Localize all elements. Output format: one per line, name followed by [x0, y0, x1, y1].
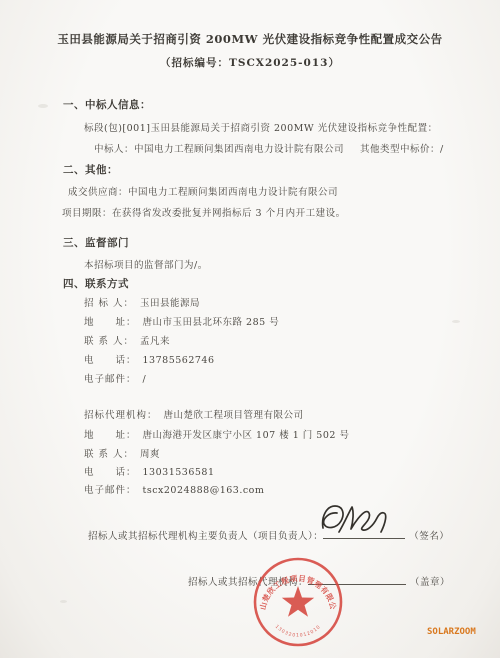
lot-line: 标段(包)[001]玉田县能源局关于招商引资 200MW 光伏建设指标竞争性配置…: [84, 120, 438, 134]
scan-smudge: [38, 104, 48, 108]
document-page: 玉田县能源局关于招商引资 200MW 光伏建设指标竞争性配置成交公告 （招标编号…: [0, 0, 500, 658]
scan-smudge: [452, 320, 460, 323]
tenderer-address-label: 地 址：: [84, 317, 137, 328]
tenderer-name-row: 招 标 人：玉田县能源局: [84, 295, 200, 309]
tenderer-email-value: /: [143, 374, 147, 385]
section-heading-contact: 四、联系方式: [63, 276, 129, 291]
stamp-star-icon: [282, 586, 314, 617]
tenderer-name-label: 招 标 人：: [84, 298, 134, 309]
winner-label: 中标人：: [94, 144, 134, 155]
duration-line: 项目期限：在获得省发改委批复并网指标后 3 个月内开工建设。: [62, 205, 346, 219]
stamp-number-text: 1303201012010: [274, 624, 323, 639]
section-heading-winner-info: 一、中标人信息：: [63, 97, 151, 112]
tenderer-phone-value: 13785562746: [143, 355, 215, 366]
solarzoom-watermark: SOLARZOOM: [427, 627, 476, 637]
tenderer-email-label: 电子邮件：: [84, 374, 137, 385]
tenderer-contact-label: 联 系 人：: [84, 336, 134, 347]
agent-address-row: 地 址：唐山海港开发区康宁小区 107 楼 1 门 502 号: [84, 427, 349, 441]
agent-phone-label: 电 话：: [84, 467, 137, 478]
other-type-price: 其他类型中标价：/: [360, 144, 444, 155]
signature-line1-suffix: （签名）: [409, 531, 449, 542]
tenderer-name-value: 玉田县能源局: [140, 298, 200, 309]
signature-underline: [323, 528, 405, 539]
agent-contact-value: 周爽: [140, 449, 160, 460]
agent-phone-row: 电 话：13031536581: [84, 464, 215, 478]
winner-value: 中国电力工程顾问集团西南电力设计院有限公司: [134, 144, 344, 155]
tenderer-phone-label: 电 话：: [84, 355, 137, 366]
agent-email-value: tscx2024888@163.com: [143, 485, 265, 496]
agent-phone-value: 13031536581: [143, 467, 215, 478]
svg-text:1303201012010: 1303201012010: [274, 624, 323, 639]
agent-name-value: 唐山楚欣工程项目管理有限公司: [164, 410, 304, 421]
agent-contact-row: 联 系 人：周爽: [84, 446, 160, 460]
page-title: 玉田县能源局关于招商引资 200MW 光伏建设指标竞争性配置成交公告: [0, 31, 500, 47]
tenderer-address-row: 地 址：唐山市玉田县北环东路 285 号: [84, 314, 279, 328]
agent-contact-label: 联 系 人：: [84, 449, 134, 460]
section-heading-supervision: 三、监督部门: [63, 235, 129, 250]
agent-email-row: 电子邮件：tscx2024888@163.com: [84, 482, 264, 496]
scan-smudge: [60, 600, 67, 603]
company-seal-stamp: 唐山楚欣工程项目管理有限公司 1303201012010: [252, 556, 344, 648]
tenderer-contact-row: 联 系 人：孟凡来: [84, 333, 170, 347]
agent-name-row: 招标代理机构：唐山楚欣工程项目管理有限公司: [84, 407, 304, 421]
section-heading-other: 二、其他：: [63, 162, 118, 177]
signature-line1-label: 招标人或其招标代理机构主要负责人（项目负责人）：: [88, 531, 323, 542]
supervision-body: 本招标项目的监督部门为/。: [84, 257, 208, 271]
tenderer-address-value: 唐山市玉田县北环东路 285 号: [143, 317, 280, 328]
agent-address-label: 地 址：: [84, 430, 137, 441]
signature-line-responsible: 招标人或其招标代理机构主要负责人（项目负责人）：（签名）: [88, 528, 449, 542]
tender-number: （招标编号：TSCX2025-013）: [0, 55, 500, 70]
agent-address-value: 唐山海港开发区康宁小区 107 楼 1 门 502 号: [143, 430, 350, 441]
agent-name-label: 招标代理机构：: [84, 410, 158, 421]
supplier-line: 成交供应商：中国电力工程顾问集团西南电力设计院有限公司: [68, 184, 338, 198]
tenderer-email-row: 电子邮件：/: [84, 371, 146, 385]
handwritten-signature: [319, 502, 391, 540]
signature-line2-suffix: （盖章）: [410, 577, 450, 588]
tenderer-contact-value: 孟凡来: [140, 336, 170, 347]
winner-line: 中标人：中国电力工程顾问集团西南电力设计院有限公司其他类型中标价：/: [94, 141, 444, 155]
tenderer-phone-row: 电 话：13785562746: [84, 352, 215, 366]
agent-email-label: 电子邮件：: [84, 485, 137, 496]
